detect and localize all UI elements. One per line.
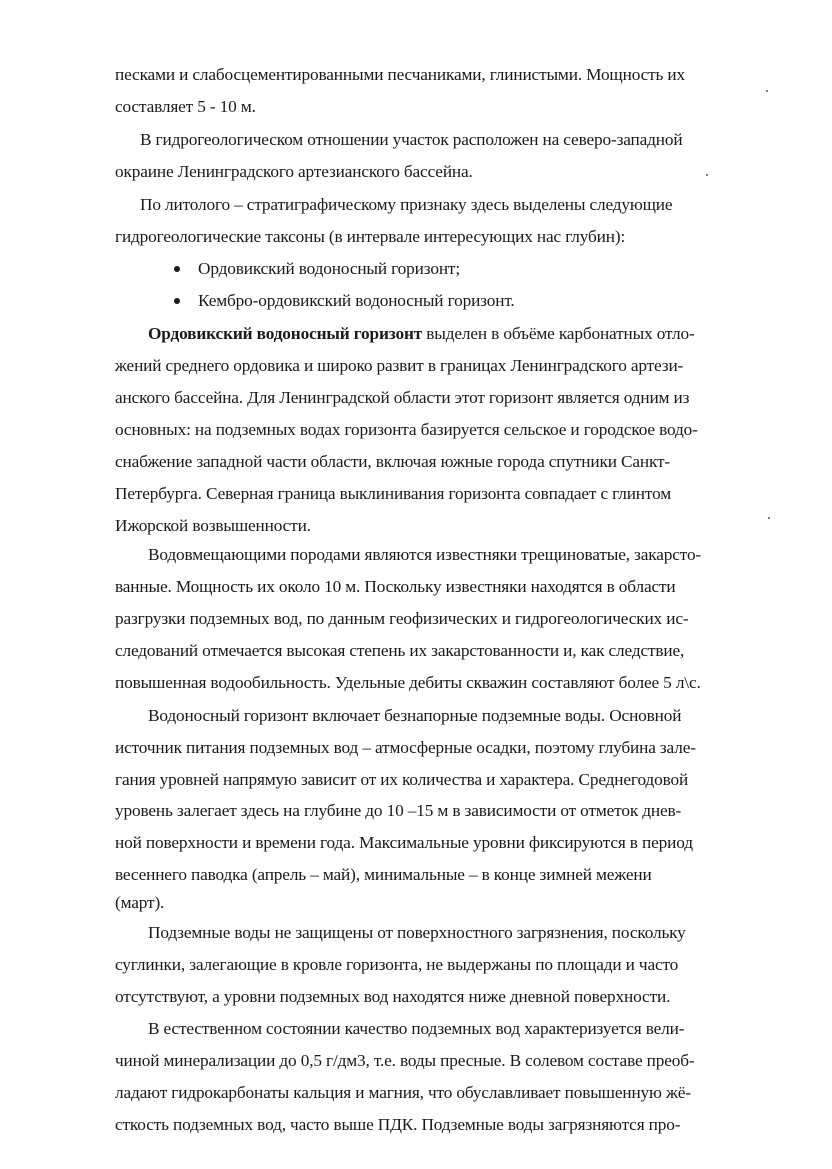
paragraph-6-line-5: ной поверхности и времени года. Максимал… bbox=[115, 832, 693, 854]
paragraph-4-line-3: анского бассейна. Для Ленинградской обла… bbox=[115, 387, 689, 409]
paragraph-7-line-3: отсутствуют, а уровни подземных вод нахо… bbox=[115, 986, 670, 1008]
paragraph-5-line-5: повышенная водообильность. Удельные деби… bbox=[115, 672, 701, 694]
paragraph-8-line-3: ладают гидрокарбонаты кальция и магния, … bbox=[115, 1082, 691, 1104]
paragraph-2-line-2: окраине Ленинградского артезианского бас… bbox=[115, 161, 473, 183]
paragraph-6-line-1: Водоносный горизонт включает безнапорные… bbox=[148, 705, 681, 727]
paragraph-6-line-3: гания уровней напрямую зависит от их кол… bbox=[115, 769, 688, 791]
paragraph-4-line-2: жений среднего ордовика и широко развит … bbox=[115, 355, 683, 377]
paragraph-3-line-2: гидрогеологические таксоны (в интервале … bbox=[115, 226, 625, 248]
bullet-icon bbox=[174, 298, 180, 304]
bullet-item-2: Кембро-ордовикский водоносный горизонт. bbox=[198, 290, 515, 312]
paragraph-6-line-4: уровень залегает здесь на глубине до 10 … bbox=[115, 800, 681, 822]
paragraph-4-line-7: Ижорской возвышенности. bbox=[115, 515, 311, 537]
paragraph-4-line-1-rest: выделен в объёме карбонатных отло- bbox=[422, 324, 694, 343]
scan-speck bbox=[766, 90, 768, 92]
paragraph-5-line-3: разгрузки подземных вод, по данным геофи… bbox=[115, 608, 688, 630]
paragraph-1-line-2: составляет 5 - 10 м. bbox=[115, 96, 256, 118]
paragraph-4-line-5: снабжение западной части области, включа… bbox=[115, 451, 670, 473]
paragraph-6-line-6: весеннего паводка (апрель – май), минима… bbox=[115, 864, 652, 886]
paragraph-4-line-4: основных: на подземных водах горизонта б… bbox=[115, 419, 698, 441]
paragraph-8-line-4: сткость подземных вод, часто выше ПДК. П… bbox=[115, 1114, 680, 1136]
paragraph-8-line-2: чиной минерализации до 0,5 г/дм3, т.е. в… bbox=[115, 1050, 695, 1072]
paragraph-7-line-1: Подземные воды не защищены от поверхност… bbox=[148, 922, 686, 944]
paragraph-4-line-6: Петербурга. Северная граница выклинивани… bbox=[115, 483, 671, 505]
document-page: песками и слабосцементированными песчани… bbox=[0, 0, 832, 1169]
paragraph-8-line-1: В естественном состоянии качество подзем… bbox=[148, 1018, 684, 1040]
paragraph-3-line-1: По литолого – стратиграфическому признак… bbox=[140, 194, 672, 216]
paragraph-4-line-1: Ордовикский водоносный горизонт выделен … bbox=[148, 323, 695, 345]
scan-speck bbox=[706, 174, 708, 176]
paragraph-5-line-4: следований отмечается высокая степень их… bbox=[115, 640, 684, 662]
paragraph-1-line-1: песками и слабосцементированными песчани… bbox=[115, 64, 685, 86]
section-heading-bold: Ордовикский водоносный горизонт bbox=[148, 324, 422, 343]
paragraph-5-line-1: Водовмещающими породами являются известн… bbox=[148, 544, 701, 566]
bullet-icon bbox=[174, 266, 180, 272]
scan-speck bbox=[768, 517, 770, 519]
paragraph-2-line-1: В гидрогеологическом отношении участок р… bbox=[140, 129, 683, 151]
paragraph-6-line-7: (март). bbox=[115, 892, 164, 914]
paragraph-5-line-2: ванные. Мощность их около 10 м. Поскольк… bbox=[115, 576, 676, 598]
paragraph-7-line-2: суглинки, залегающие в кровле горизонта,… bbox=[115, 954, 678, 976]
bullet-item-1: Ордовикский водоносный горизонт; bbox=[198, 258, 460, 280]
paragraph-6-line-2: источник питания подземных вод – атмосфе… bbox=[115, 737, 696, 759]
